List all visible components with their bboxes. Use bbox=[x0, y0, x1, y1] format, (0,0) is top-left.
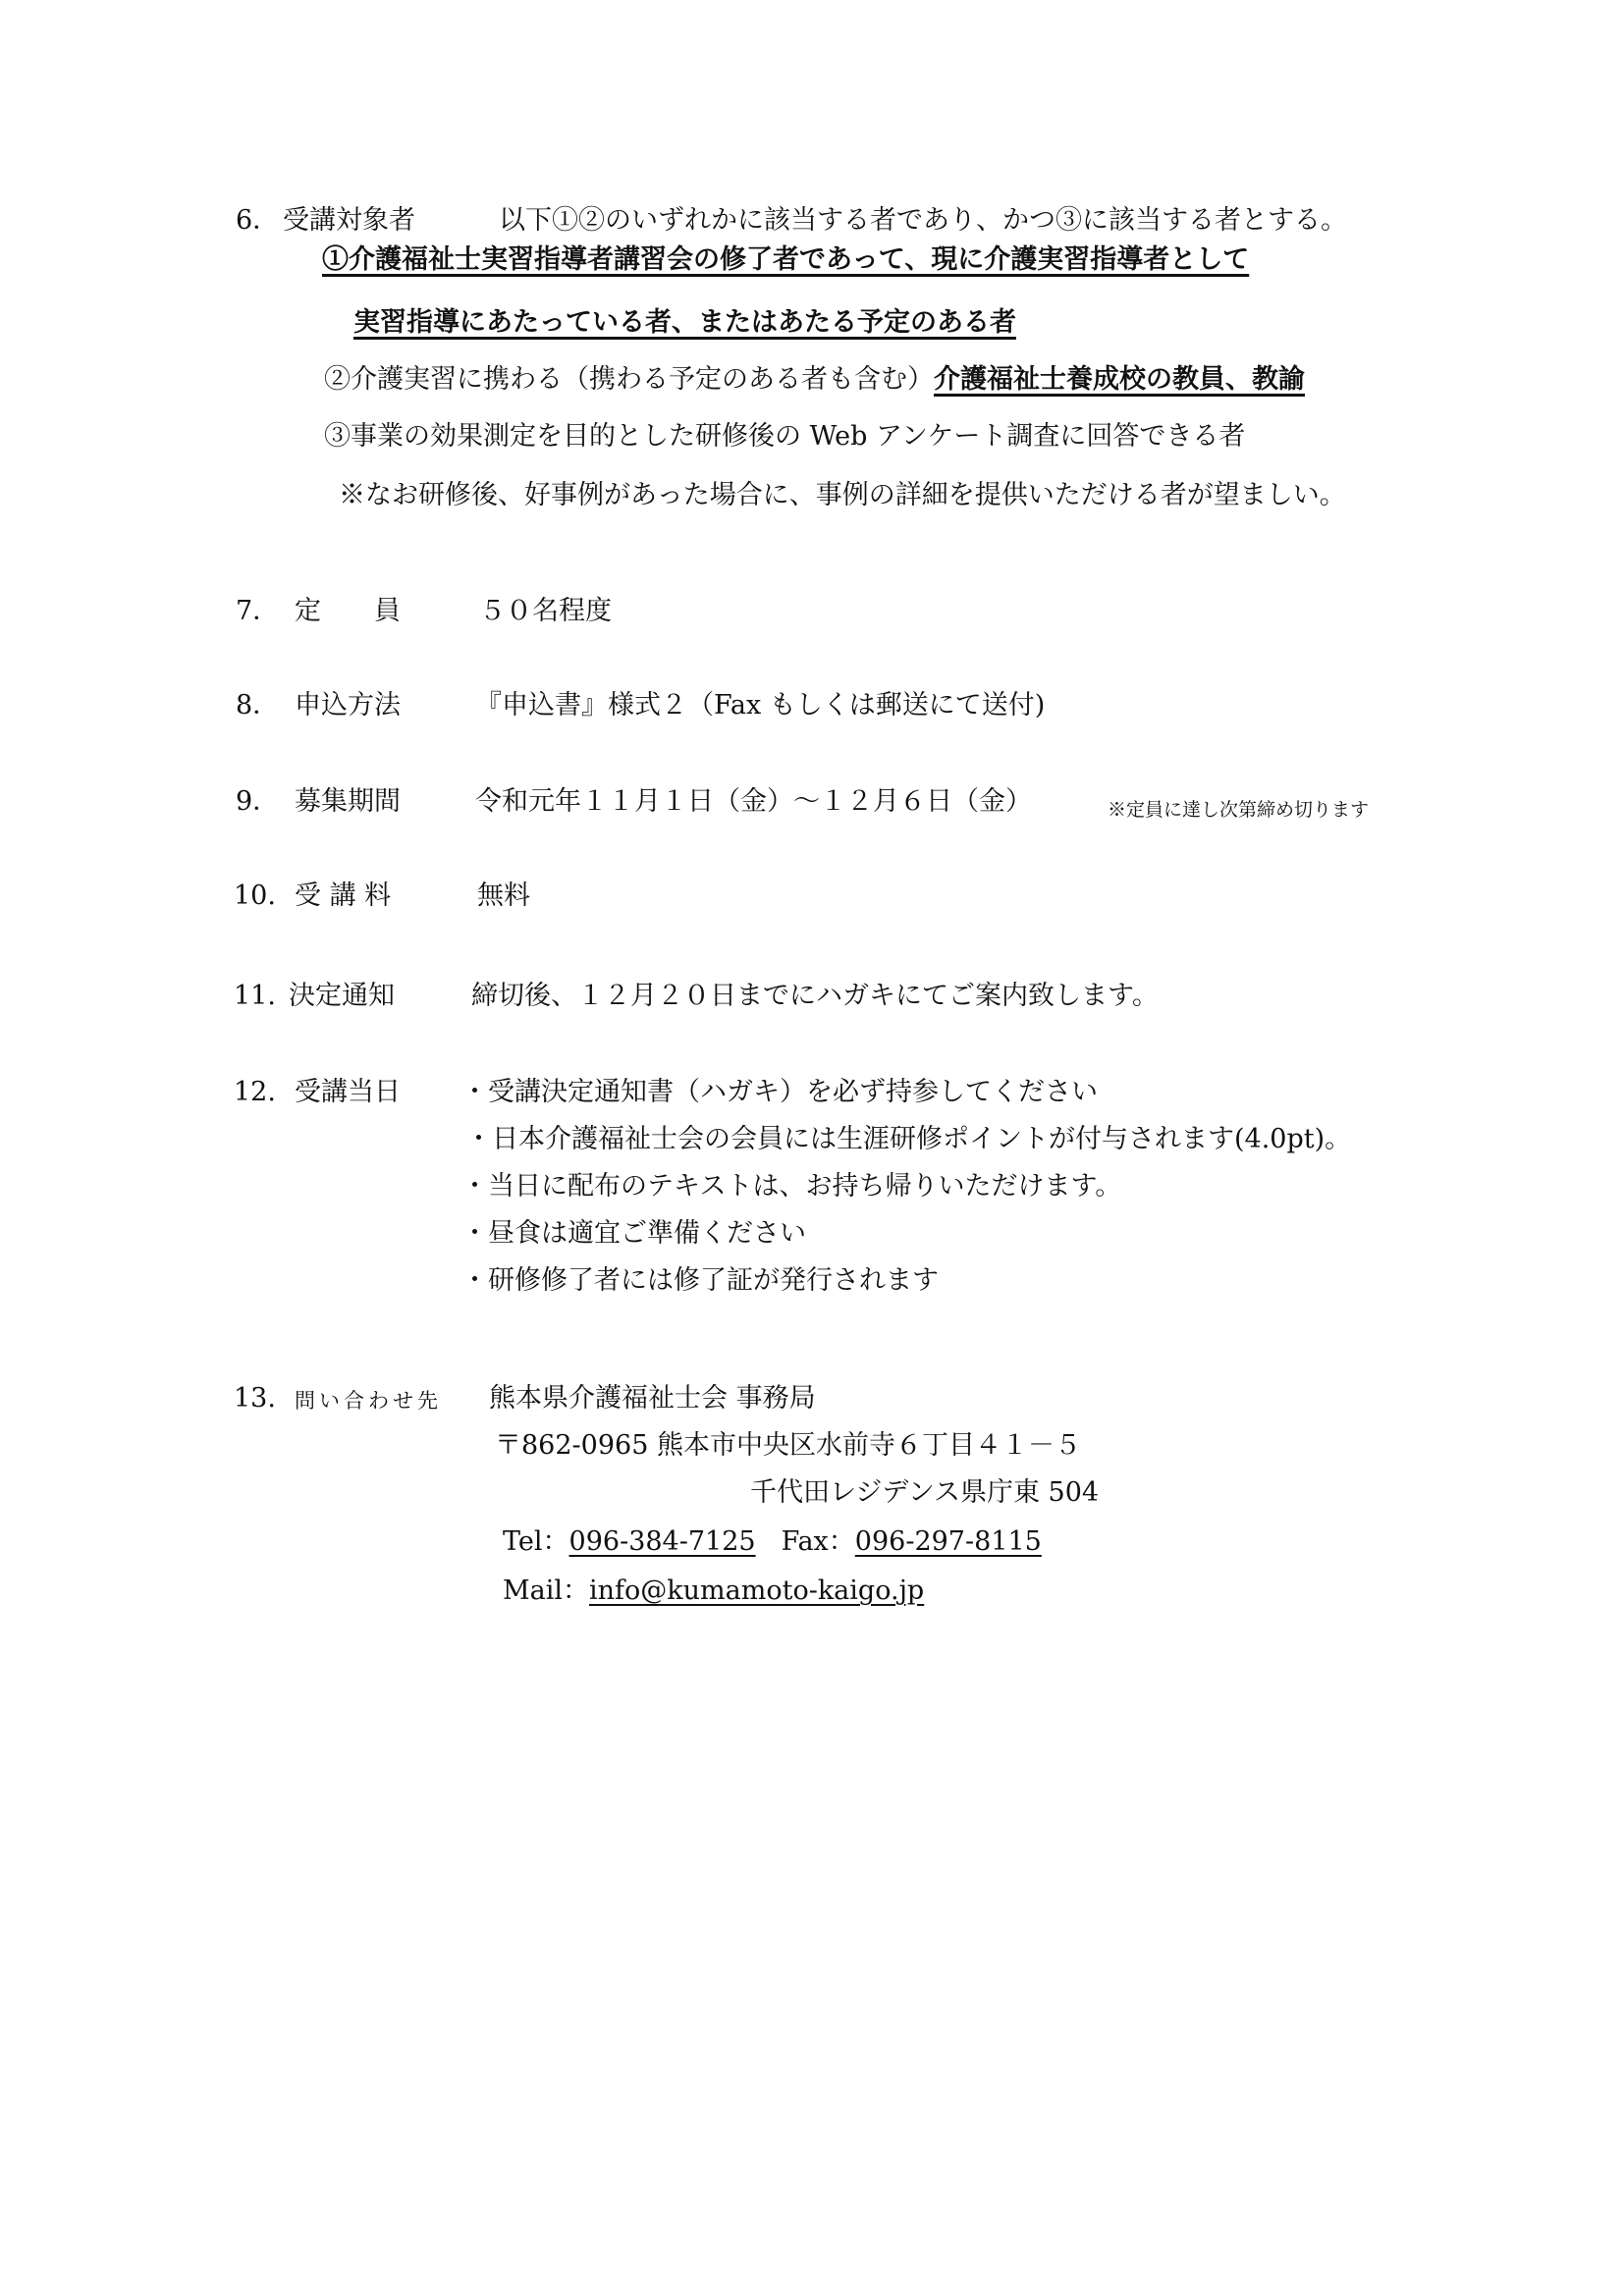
fax-link[interactable]: 096-297-8115 bbox=[855, 1526, 1042, 1557]
criteria-2-text: ②介護実習に携わる（携わる予定のある者も含む） bbox=[324, 364, 934, 395]
criteria-2-emphasis: 介護福祉士養成校の教員、教諭 bbox=[934, 364, 1305, 395]
criteria-1-line-2: 実習指導にあたっている者、またはあたる予定のある者 bbox=[353, 306, 1016, 340]
section-6-intro: 以下①②のいずれかに該当する者であり、かつ③に該当する者とする。 bbox=[499, 204, 1347, 238]
recruitment-period: 令和元年１１月１日（金）～１２月６日（金） bbox=[475, 785, 1032, 819]
criteria-2: ②介護実習に携わる（携わる予定のある者も含む）介護福祉士養成校の教員、教諭 bbox=[324, 363, 1305, 397]
fee-value: 無料 bbox=[477, 880, 530, 913]
day-of-note: ・受講決定通知書（ハガキ）を必ず持参してください bbox=[461, 1076, 1098, 1109]
day-of-note: ・当日に配布のテキストは、お持ち帰りいただけます。 bbox=[461, 1170, 1121, 1203]
notification-value: 締切後、１２月２０日までにハガキにてご案内致します。 bbox=[471, 980, 1159, 1013]
section-label: 定 員 bbox=[295, 595, 401, 628]
mail-label: Mail： bbox=[503, 1575, 589, 1606]
mail-link[interactable]: info@kumamoto-kaigo.jp bbox=[589, 1575, 924, 1606]
section-label: 受講対象者 bbox=[283, 204, 415, 238]
section-label: 受 講 料 bbox=[295, 880, 391, 913]
application-method: 『申込書』様式２（Fax もしくは郵送にて送付) bbox=[475, 689, 1045, 722]
section-number: 10. bbox=[234, 880, 276, 913]
document-page: 6． 受講対象者 以下①②のいずれかに該当する者であり、かつ③に該当する者とする… bbox=[0, 0, 1623, 2296]
tel-label: Tel： bbox=[503, 1526, 569, 1557]
contact-mail-row: Mail：info@kumamoto-kaigo.jp bbox=[503, 1575, 924, 1608]
section-number: 7． bbox=[236, 595, 279, 628]
section-label: 申込方法 bbox=[295, 689, 401, 722]
contact-address-line-2: 千代田レジデンス県庁東 504 bbox=[750, 1476, 1099, 1510]
contact-phone-row: Tel：096-384-7125Fax：096-297-8115 bbox=[503, 1525, 1042, 1559]
section-number: 11. bbox=[234, 980, 276, 1013]
section-number: 9． bbox=[236, 785, 279, 819]
section-label: 問い合わせ先 bbox=[295, 1384, 442, 1417]
section-label: 決定通知 bbox=[289, 980, 395, 1013]
day-of-note: ・昼食は適宜ご準備ください bbox=[461, 1217, 806, 1251]
contact-organization: 熊本県介護福祉士会 事務局 bbox=[489, 1382, 816, 1415]
section-number: 6． bbox=[236, 204, 279, 238]
day-of-note: ・研修修了者には修了証が発行されます bbox=[461, 1264, 939, 1298]
criteria-1-line-1: ①介護福祉士実習指導者講習会の修了者であって、現に介護実習指導者として bbox=[322, 243, 1249, 277]
section-number: 12. bbox=[234, 1076, 276, 1109]
section-label: 受講当日 bbox=[295, 1076, 401, 1109]
contact-address-line-1: 〒862-0965 熊本市中央区水前寺６丁目４１－５ bbox=[495, 1429, 1081, 1463]
section-number: 13. bbox=[234, 1382, 276, 1415]
fax-label: Fax： bbox=[782, 1526, 855, 1557]
section-number: 8． bbox=[236, 689, 279, 722]
tel-link[interactable]: 096-384-7125 bbox=[569, 1526, 756, 1557]
capacity-value: ５０名程度 bbox=[479, 595, 612, 628]
criteria-3: ③事業の効果測定を目的とした研修後の Web アンケート調査に回答できる者 bbox=[324, 420, 1245, 454]
recruitment-note: ※定員に達し次第締め切ります bbox=[1108, 793, 1369, 827]
day-of-note: ・日本介護福祉士会の会員には生涯研修ポイントが付与されます(4.0pt)。 bbox=[465, 1123, 1351, 1156]
section-label: 募集期間 bbox=[295, 785, 401, 819]
criteria-note: ※なお研修後、好事例があった場合に、事例の詳細を提供いただける者が望ましい。 bbox=[339, 479, 1346, 512]
